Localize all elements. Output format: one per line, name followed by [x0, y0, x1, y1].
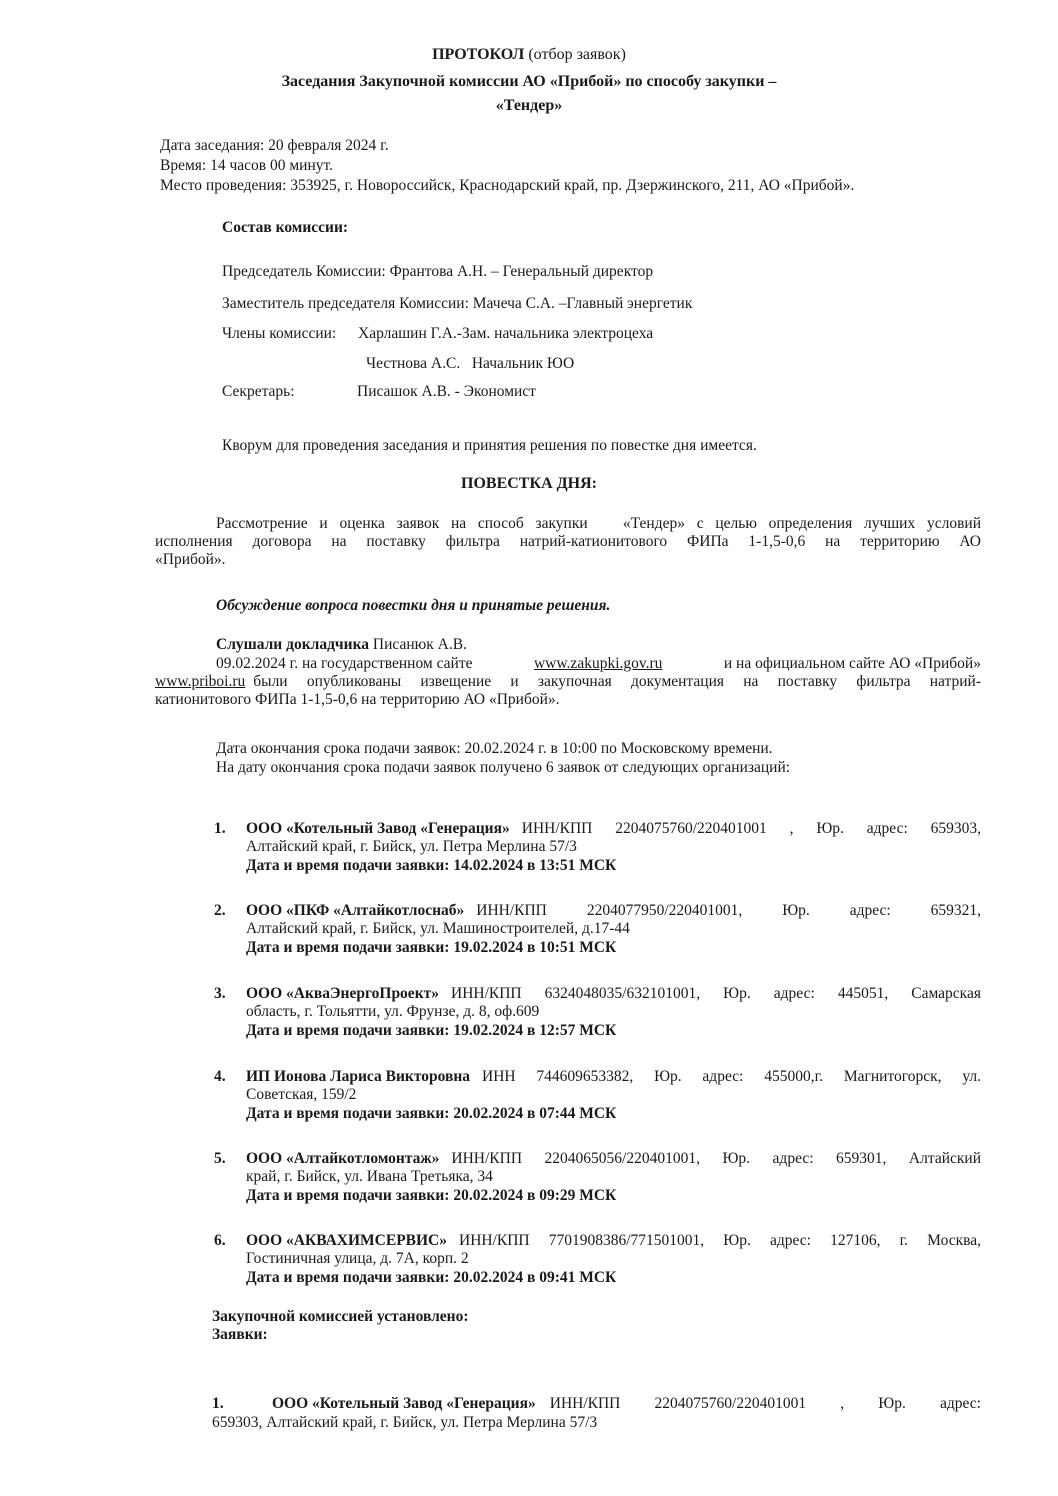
submission-datetime: Дата и время подачи заявки: 14.02.2024 в…: [246, 857, 616, 875]
applicant-address: Советская, 159/2: [246, 1086, 356, 1104]
discussion-heading: Обсуждение вопроса повестки дня и принят…: [216, 597, 610, 615]
application-number: 1.: [214, 820, 226, 838]
application-number: 3.: [214, 985, 226, 1003]
application-item: ООО «Алтайкотломонтаж»ИНН/КПП 2204065056…: [246, 1150, 981, 1168]
chairman: Председатель Комиссии: Франтова А.Н. – Г…: [222, 263, 653, 281]
applicant-name: ООО «АКВАХИМСЕРВИС»: [246, 1232, 447, 1250]
findings-subheading: Заявки:: [212, 1326, 268, 1344]
report-line1: 09.02.2024 г. на государственном сайте w…: [216, 655, 981, 673]
applicant-details: ИНН/КПП 6324048035/632101001, Юр. адрес:…: [451, 985, 981, 1003]
application-item: ООО «АкваЭнергоПроект»ИНН/КПП 6324048035…: [246, 985, 981, 1003]
applicant-details: ИНН/КПП 2204075760/220401001 , Юр. адрес…: [522, 820, 981, 838]
applicant-name: ООО «ПКФ «Алтайкотлоснаб»: [246, 902, 464, 920]
applicant-details: ИНН/КПП 7701908386/771501001, Юр. адрес:…: [459, 1232, 981, 1250]
findings-heading: Закупочной комиссией установлено:: [212, 1308, 469, 1326]
submission-datetime: Дата и время подачи заявки: 20.02.2024 в…: [246, 1269, 616, 1287]
deadline-text: Дата окончания срока подачи заявок: 20.0…: [216, 740, 773, 758]
procurement-method: «Тендер»: [0, 97, 1058, 115]
submission-datetime: Дата и время подачи заявки: 19.02.2024 в…: [246, 939, 616, 957]
zakupki-link[interactable]: www.zakupki.gov.ru: [534, 655, 662, 673]
report-text: и на официальном сайте АО «Прибой»: [724, 655, 981, 673]
application-number: 4.: [214, 1068, 226, 1086]
received-text: На дату окончания срока подачи заявок по…: [216, 759, 790, 777]
finding-1-name: ООО «Котельный Завод «Генерация»: [272, 1395, 536, 1413]
application-item: ИП Ионова Лариса ВикторовнаИНН 744609653…: [246, 1068, 981, 1086]
applicant-address: Алтайский край, г. Бийск, ул. Петра Мерл…: [246, 838, 577, 856]
deputy-chairman: Заместитель председателя Комиссии: Мачеч…: [222, 295, 692, 313]
title-main: ПРОТОКОЛ: [432, 46, 524, 63]
title-suffix: (отбор заявок): [528, 46, 626, 63]
applicant-details: ИНН/КПП 2204077950/220401001, Юр. адрес:…: [476, 902, 981, 920]
member-1: Харлашин Г.А.-Зам. начальника электроцех…: [358, 325, 653, 343]
finding-1-line1: ООО «Котельный Завод «Генерация» ИНН/КПП…: [272, 1395, 981, 1413]
applicant-name: ООО «Котельный Завод «Генерация»: [246, 820, 510, 838]
agenda-text-line1: Рассмотрение и оценка заявок на способ з…: [216, 515, 981, 533]
applicant-name: ООО «Алтайкотломонтаж»: [246, 1150, 439, 1168]
meeting-date: Дата заседания: 20 февраля 2024 г.: [160, 137, 389, 155]
finding-1-number: 1.: [212, 1395, 224, 1413]
report-text: 09.02.2024 г. на государственном сайте: [216, 655, 473, 673]
application-number: 6.: [214, 1232, 226, 1250]
finding-1-address: 659303, Алтайский край, г. Бийск, ул. Пе…: [212, 1414, 597, 1432]
document-title: ПРОТОКОЛ (отбор заявок): [0, 46, 1058, 64]
report-line3: катионитового ФИПа 1-1,5-0,6 на территор…: [155, 691, 560, 709]
finding-1-details: ИНН/КПП 2204075760/220401001 , Юр. адрес…: [550, 1395, 981, 1413]
meeting-time: Время: 14 часов 00 минут.: [160, 157, 333, 175]
quorum-statement: Кворум для проведения заседания и принят…: [222, 437, 757, 455]
speaker-line: Слушали докладчика Писанюк А.В.: [216, 636, 467, 654]
submission-datetime: Дата и время подачи заявки: 19.02.2024 в…: [246, 1022, 616, 1040]
document-subtitle: Заседания Закупочной комиссии АО «Прибой…: [0, 73, 1058, 91]
submission-datetime: Дата и время подачи заявки: 20.02.2024 в…: [246, 1187, 616, 1205]
applicant-details: ИНН/КПП 2204065056/220401001, Юр. адрес:…: [451, 1150, 981, 1168]
applicant-name: ООО «АкваЭнергоПроект»: [246, 985, 439, 1003]
members-label: Члены комиссии:: [222, 325, 336, 343]
report-text: были опубликованы извещение и закупочная…: [253, 673, 981, 691]
applicant-details: ИНН 744609653382, Юр. адрес: 455000,г. М…: [482, 1068, 981, 1086]
applicant-address: область, г. Тольятти, ул. Фрунзе, д. 8, …: [246, 1003, 539, 1021]
applicant-name: ИП Ионова Лариса Викторовна: [246, 1068, 470, 1086]
application-number: 2.: [214, 902, 226, 920]
speaker-label: Слушали докладчика: [216, 636, 369, 653]
agenda-heading: ПОВЕСТКА ДНЯ:: [0, 475, 1058, 493]
commission-heading: Состав комиссии:: [222, 219, 348, 237]
report-line2: www.priboi.ru были опубликованы извещени…: [155, 673, 981, 691]
submission-datetime: Дата и время подачи заявки: 20.02.2024 в…: [246, 1105, 616, 1123]
applicant-address: Гостиничная улица, д. 7А, корп. 2: [246, 1250, 469, 1268]
agenda-text-line3: «Прибой».: [155, 551, 226, 569]
meeting-place: Место проведения: 353925, г. Новороссийс…: [160, 177, 854, 195]
application-item: ООО «Котельный Завод «Генерация»ИНН/КПП …: [246, 820, 981, 838]
agenda-text-line2: исполнения договора на поставку фильтра …: [155, 533, 981, 551]
secretary-label: Секретарь:: [222, 383, 295, 401]
secretary: Писашок А.В. - Экономист: [357, 383, 536, 401]
application-number: 5.: [214, 1150, 226, 1168]
applicant-address: край, г. Бийск, ул. Ивана Третьяка, 34: [246, 1168, 493, 1186]
applicant-address: Алтайский край, г. Бийск, ул. Машиностро…: [246, 920, 630, 938]
application-item: ООО «АКВАХИМСЕРВИС»ИНН/КПП 7701908386/77…: [246, 1232, 981, 1250]
speaker-name: Писанюк А.В.: [373, 636, 467, 653]
member-2: Честнова А.С. Начальник ЮО: [366, 355, 574, 373]
application-item: ООО «ПКФ «Алтайкотлоснаб»ИНН/КПП 2204077…: [246, 902, 981, 920]
priboi-link[interactable]: www.priboi.ru: [155, 673, 245, 691]
